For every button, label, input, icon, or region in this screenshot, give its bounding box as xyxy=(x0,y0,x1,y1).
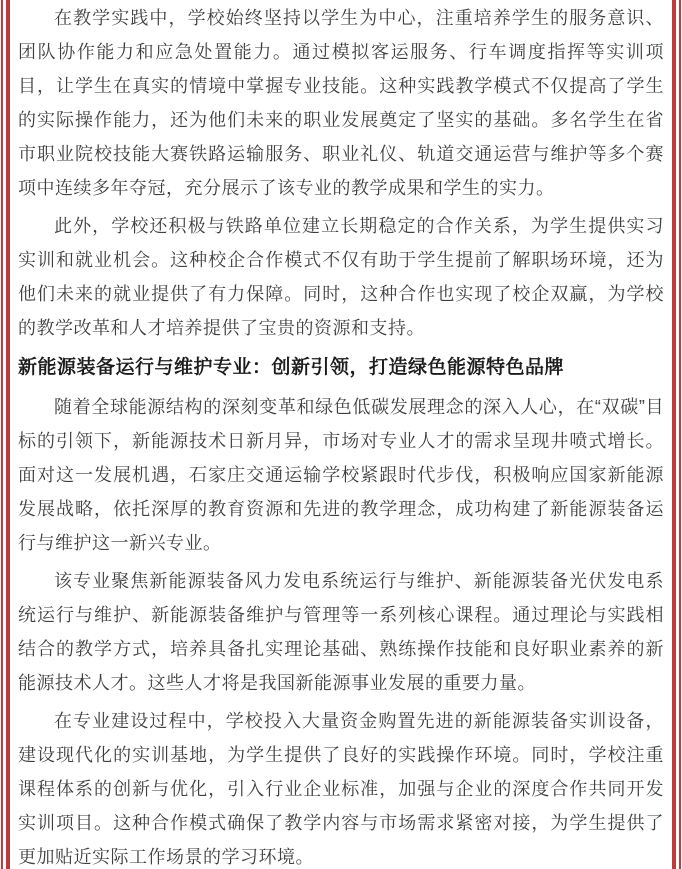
article-content: 在教学实践中，学校始终坚持以学生为中心，注重培养学生的服务意识、团队协作能力和应… xyxy=(18,1,664,869)
section-heading-new-energy-major: 新能源装备运行与维护专业：创新引领，打造绿色能源特色品牌 xyxy=(18,351,664,385)
paragraph-core-courses: 该专业聚焦新能源装备风力发电系统运行与维护、新能源装备光伏发电系统运行与维护、新… xyxy=(18,564,664,700)
paragraph-major-construction: 在专业建设过程中，学校投入大量资金购置先进的新能源装备实训设备，建设现代化的实训… xyxy=(18,704,664,869)
paragraph-energy-transition-background: 随着全球能源结构的深刻变革和绿色低碳发展理念的深入人心，在“双碳”目标的引领下，… xyxy=(18,390,664,560)
paragraph-school-enterprise-cooperation: 此外，学校还积极与铁路单位建立长期稳定的合作关系，为学生提供实习实训和就业机会。… xyxy=(18,209,664,345)
paragraph-teaching-practice: 在教学实践中，学校始终坚持以学生为中心，注重培养学生的服务意识、团队协作能力和应… xyxy=(18,1,664,205)
article-red-frame-inner: 在教学实践中，学校始终坚持以学生为中心，注重培养学生的服务意识、团队协作能力和应… xyxy=(6,0,676,869)
article-red-frame-outer: 在教学实践中，学校始终坚持以学生为中心，注重培养学生的服务意识、团队协作能力和应… xyxy=(1,0,681,869)
